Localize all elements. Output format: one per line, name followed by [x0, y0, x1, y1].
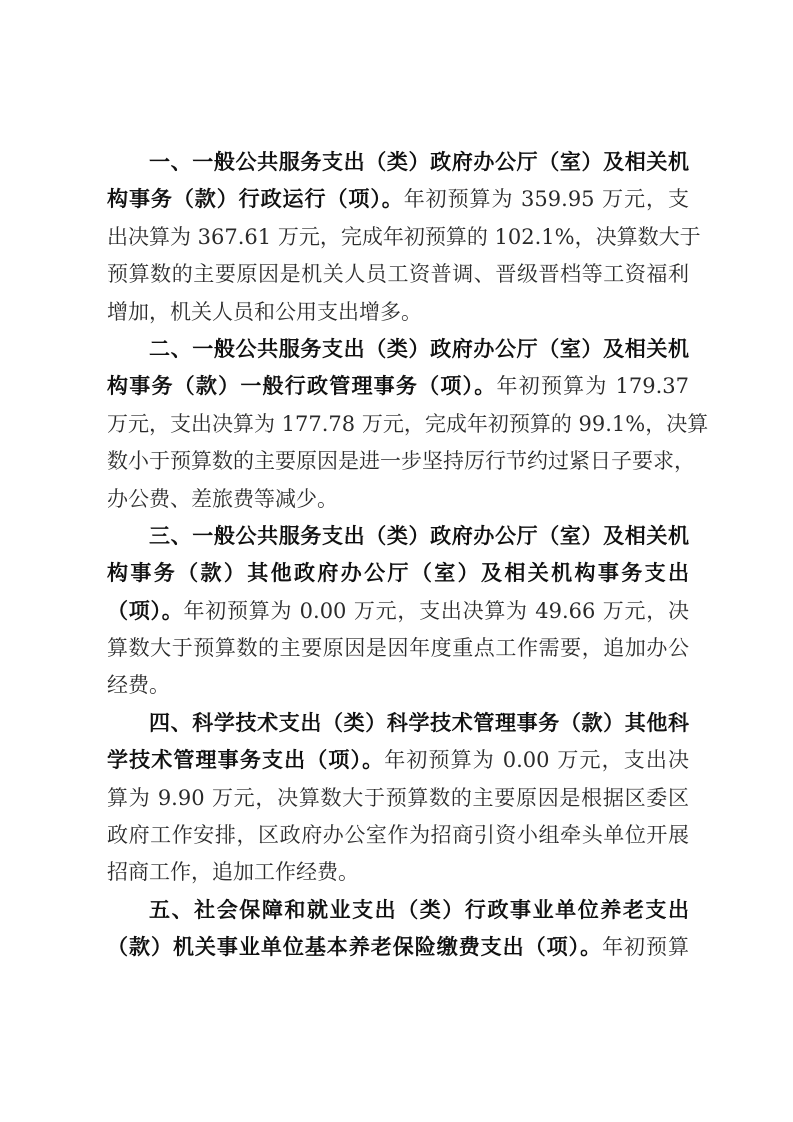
- text-line: 学技术管理事务支出（项）。年初预算为 0.00 万元，支出决: [107, 742, 689, 779]
- item-heading: 构事务（款）其他政府办公厅（室）及相关机构事务支出: [107, 561, 689, 585]
- text-line: 构事务（款）其他政府办公厅（室）及相关机构事务支出: [107, 555, 689, 592]
- paragraph-5: 五、社会保障和就业支出（类）行政事业单位养老支出 （款）机关事业单位基本养老保险…: [107, 892, 689, 967]
- document-page: 一、一般公共服务支出（类）政府办公厅（室）及相关机 构事务（款）行政运行（项）。…: [0, 0, 793, 1122]
- item-heading: （项）。: [107, 599, 184, 623]
- text-line: 经费。: [107, 667, 689, 704]
- paragraph-4: 四、科学技术支出（类）科学技术管理事务（款）其他科 学技术管理事务支出（项）。年…: [107, 705, 689, 892]
- text-line: 数小于预算数的主要原因是进一步坚持厉行节约过紧日子要求，: [107, 443, 689, 480]
- text-line: 招商工作，追加工作经费。: [107, 854, 689, 891]
- text-line: 预算数的主要原因是机关人员工资普调、晋级晋档等工资福利: [107, 256, 689, 293]
- item-heading: 构事务（款）一般行政管理事务（项）。: [107, 374, 497, 398]
- text-line: 政府工作安排，区政府办公室作为招商引资小组牵头单位开展: [107, 817, 689, 854]
- text-line: 三、一般公共服务支出（类）政府办公厅（室）及相关机: [107, 518, 689, 555]
- document-body: 一、一般公共服务支出（类）政府办公厅（室）及相关机 构事务（款）行政运行（项）。…: [107, 144, 689, 967]
- text-line: 一、一般公共服务支出（类）政府办公厅（室）及相关机: [107, 144, 689, 181]
- text-line: 五、社会保障和就业支出（类）行政事业单位养老支出: [107, 892, 689, 929]
- text-line: 二、一般公共服务支出（类）政府办公厅（室）及相关机: [107, 331, 689, 368]
- item-heading: 构事务（款）行政运行（项）。: [107, 187, 404, 211]
- paragraph-1: 一、一般公共服务支出（类）政府办公厅（室）及相关机 构事务（款）行政运行（项）。…: [107, 144, 689, 331]
- item-heading: 三、一般公共服务支出（类）政府办公厅（室）及相关机: [149, 524, 689, 548]
- item-heading: （款）机关事业单位基本养老保险缴费支出（项）。: [107, 935, 602, 959]
- item-heading: 二、一般公共服务支出（类）政府办公厅（室）及相关机: [149, 337, 689, 361]
- paragraph-2: 二、一般公共服务支出（类）政府办公厅（室）及相关机 构事务（款）一般行政管理事务…: [107, 331, 689, 518]
- paragraph-3: 三、一般公共服务支出（类）政府办公厅（室）及相关机 构事务（款）其他政府办公厅（…: [107, 518, 689, 705]
- text-line: 四、科学技术支出（类）科学技术管理事务（款）其他科: [107, 705, 689, 742]
- text-line: 出决算为 367.61 万元，完成年初预算的 102.1%，决算数大于: [107, 219, 689, 256]
- text-line: 算数大于预算数的主要原因是因年度重点工作需要，追加办公: [107, 630, 689, 667]
- text-line: 办公费、差旅费等减少。: [107, 481, 689, 518]
- item-heading: 四、科学技术支出（类）科学技术管理事务（款）其他科: [149, 711, 689, 735]
- text-line: （项）。年初预算为 0.00 万元，支出决算为 49.66 万元，决: [107, 593, 689, 630]
- text-line: 构事务（款）行政运行（项）。年初预算为 359.95 万元，支: [107, 181, 689, 218]
- text-line: 万元，支出决算为 177.78 万元，完成年初预算的 99.1%，决算: [107, 406, 689, 443]
- text-line: 算为 9.90 万元，决算数大于预算数的主要原因是根据区委区: [107, 780, 689, 817]
- text-line: 构事务（款）一般行政管理事务（项）。年初预算为 179.37: [107, 368, 689, 405]
- item-heading: 一、一般公共服务支出（类）政府办公厅（室）及相关机: [149, 150, 689, 174]
- item-heading: 学技术管理事务支出（项）。: [107, 748, 384, 772]
- item-heading: 五、社会保障和就业支出（类）行政事业单位养老支出: [149, 898, 689, 922]
- text-line: 增加，机关人员和公用支出增多。: [107, 294, 689, 331]
- text-line: （款）机关事业单位基本养老保险缴费支出（项）。年初预算: [107, 929, 689, 966]
